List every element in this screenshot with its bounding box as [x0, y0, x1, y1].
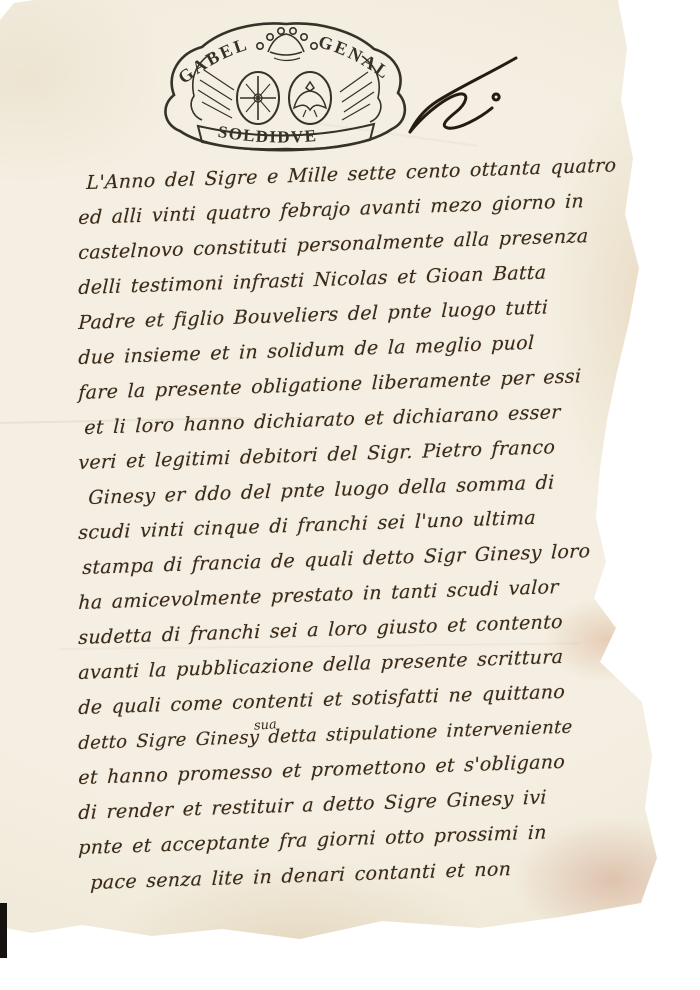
tax-stamp: GABEL GENAL: [148, 12, 424, 158]
svg-text:GENAL: GENAL: [316, 31, 395, 83]
stamp-banner-text: SOLDIDVE: [217, 122, 318, 147]
stamp-left-medallion: [237, 72, 279, 124]
svg-text:SOLDIDVE: SOLDIDVE: [217, 122, 318, 147]
manuscript-text-block: L'Anno del Sigre e Mille sette cento ott…: [78, 166, 623, 901]
tax-stamp-drawing: GABEL GENAL: [148, 12, 424, 158]
notary-paraph: [396, 56, 528, 138]
stamp-crown-icon: [257, 28, 317, 61]
notary-paraph-drawing: [396, 56, 528, 138]
scanned-manuscript-page: { "manuscript": { "language": "Italian",…: [0, 0, 700, 990]
stamp-wing-hatching: [198, 70, 374, 120]
paper-sheet: GABEL GENAL: [0, 0, 664, 960]
stamp-arc-text-left: GABEL: [174, 34, 251, 88]
scanner-edge-artifact: [0, 903, 7, 958]
stamp-right-medallion-eagle-icon: [289, 72, 331, 124]
svg-text:GABEL: GABEL: [174, 34, 251, 88]
stamp-arc-text-right: GENAL: [316, 31, 395, 83]
interline-insertion: sua: [254, 717, 278, 734]
